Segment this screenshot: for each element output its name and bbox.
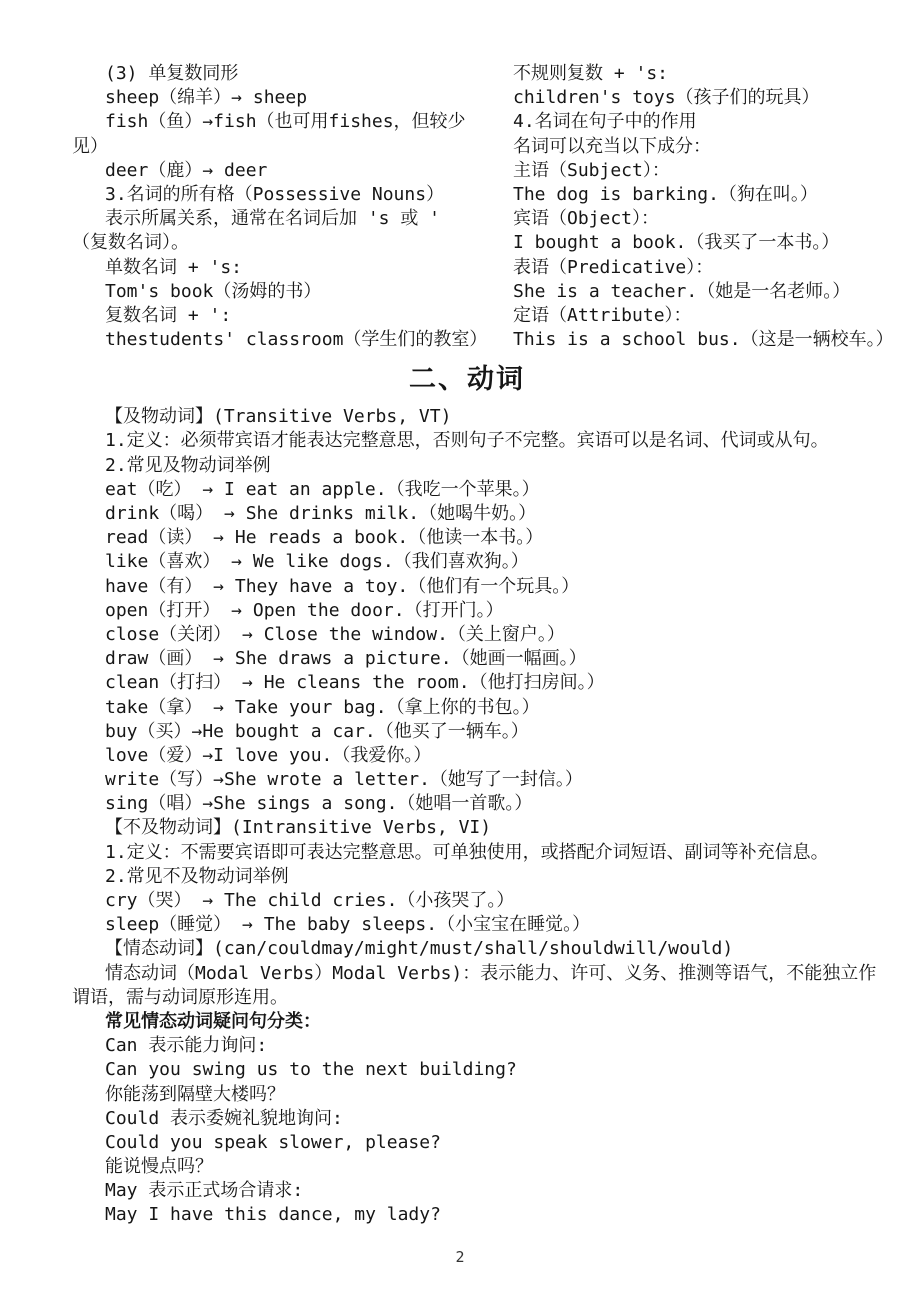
text-line: 你能荡到隔壁大楼吗？ <box>72 1083 862 1107</box>
text-line: like（喜欢） → We like dogs.（我们喜欢狗。） <box>72 550 862 574</box>
text-line: May I have this dance, my lady? <box>72 1203 862 1227</box>
text-line: She is a teacher.（她是一名老师。） <box>513 280 862 304</box>
text-line: buy（买）→He bought a car.（他买了一辆车。） <box>72 720 862 744</box>
text-line: read（读） → He reads a book.（他读一本书。） <box>72 526 862 550</box>
text-line: sleep（睡觉） → The baby sleeps.（小宝宝在睡觉。） <box>72 913 862 937</box>
text-line: close（关闭） → Close the window.（关上窗户。） <box>72 623 862 647</box>
text-line: 表语（Predicative）： <box>513 256 862 280</box>
text-line: drink（喝） → She drinks milk.（她喝牛奶。） <box>72 502 862 526</box>
text-line: 2.常见及物动词举例 <box>72 454 862 478</box>
text-line: 1.定义：不需要宾语即可表达完整意思。可单独使用，或搭配介词短语、副词等补充信息… <box>72 841 862 865</box>
text-line: 表示所属关系，通常在名词后加 's 或 ' <box>72 207 513 231</box>
text-line: 单数名词 + 's: <box>72 256 513 280</box>
text-line: clean（打扫） → He cleans the room.（他打扫房间。） <box>72 671 862 695</box>
text-line: 名词可以充当以下成分： <box>513 135 862 159</box>
text-line: children's toys（孩子们的玩具） <box>513 86 862 110</box>
text-line: 【情态动词】(can/couldmay/might/must/shall/sho… <box>72 937 862 961</box>
text-line: 复数名词 + ': <box>72 304 513 328</box>
right-column: 不规则复数 + 's:children's toys（孩子们的玩具）4.名词在句… <box>513 62 862 352</box>
text-line: 【及物动词】(Transitive Verbs, VT) <box>72 405 862 429</box>
text-line: This is a school bus.（这是一辆校车。） <box>513 328 862 352</box>
text-line: take（拿） → Take your bag.（拿上你的书包。） <box>72 696 862 720</box>
text-line: 见） <box>72 135 513 159</box>
text-line: 【不及物动词】(Intransitive Verbs, VI) <box>72 816 862 840</box>
text-line: sheep（绵羊）→ sheep <box>72 86 513 110</box>
text-line: fish（鱼）→fish（也可用fishes，但较少 <box>72 110 513 134</box>
text-line: Tom's book（汤姆的书） <box>72 280 513 304</box>
text-line: thestudents' classroom（学生们的教室） <box>72 328 513 352</box>
section-body: 【及物动词】(Transitive Verbs, VT)1.定义：必须带宾语才能… <box>72 405 862 1227</box>
two-column-section: (3) 单复数同形sheep（绵羊）→ sheepfish（鱼）→fish（也可… <box>72 62 862 352</box>
text-line: 宾语（Object）： <box>513 207 862 231</box>
text-line: cry（哭） → The child cries.（小孩哭了。） <box>72 889 862 913</box>
text-line: （复数名词）。 <box>72 231 513 255</box>
text-line: Could you speak slower, please? <box>72 1131 862 1155</box>
text-line: (3) 单复数同形 <box>72 62 513 86</box>
section-heading: 二、动词 <box>72 364 862 396</box>
text-line: 谓语，需与动词原形连用。 <box>72 986 862 1010</box>
text-line: 1.定义：必须带宾语才能表达完整意思，否则句子不完整。宾语可以是名词、代词或从句… <box>72 429 862 453</box>
text-line: The dog is barking.（狗在叫。） <box>513 183 862 207</box>
text-line: eat（吃） → I eat an apple.（我吃一个苹果。） <box>72 478 862 502</box>
text-line: 3.名词的所有格（Possessive Nouns） <box>72 183 513 207</box>
text-line: I bought a book.（我买了一本书。） <box>513 231 862 255</box>
text-line: Could 表示委婉礼貌地询问: <box>72 1107 862 1131</box>
text-line: draw（画） → She draws a picture.（她画一幅画。） <box>72 647 862 671</box>
text-line: sing（唱）→She sings a song.（她唱一首歌。） <box>72 792 862 816</box>
text-line: 常见情态动词疑问句分类： <box>72 1010 862 1034</box>
text-line: Can 表示能力询问: <box>72 1034 862 1058</box>
text-line: open（打开） → Open the door.（打开门。） <box>72 599 862 623</box>
page-number: 2 <box>0 1248 920 1266</box>
text-line: May 表示正式场合请求: <box>72 1179 862 1203</box>
left-column: (3) 单复数同形sheep（绵羊）→ sheepfish（鱼）→fish（也可… <box>72 62 513 352</box>
text-line: deer（鹿）→ deer <box>72 159 513 183</box>
text-line: write（写）→She wrote a letter.（她写了一封信。） <box>72 768 862 792</box>
document-page: (3) 单复数同形sheep（绵羊）→ sheepfish（鱼）→fish（也可… <box>0 0 920 1302</box>
text-line: 4.名词在句子中的作用 <box>513 110 862 134</box>
text-line: 定语（Attribute）： <box>513 304 862 328</box>
text-line: 情态动词（Modal Verbs）Modal Verbs)：表示能力、许可、义务… <box>72 962 862 986</box>
text-line: have（有） → They have a toy.（他们有一个玩具。） <box>72 575 862 599</box>
text-line: Can you swing us to the next building? <box>72 1058 862 1082</box>
text-line: 能说慢点吗？ <box>72 1155 862 1179</box>
text-line: 2.常见不及物动词举例 <box>72 865 862 889</box>
text-line: love（爱）→I love you.（我爱你。） <box>72 744 862 768</box>
text-line: 不规则复数 + 's: <box>513 62 862 86</box>
text-line: 主语（Subject）： <box>513 159 862 183</box>
